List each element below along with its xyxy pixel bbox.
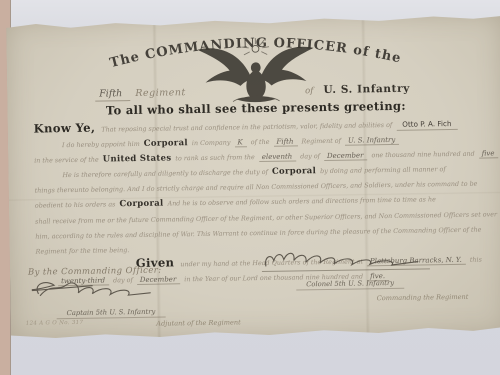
form-number: 124 A G O No. 317 — [26, 320, 84, 327]
printed-text: to rank as such from the — [175, 153, 255, 162]
colonel-rank-line: Colonel 5th U. S. Infantry — [296, 279, 404, 291]
adjutant-signature-scribble — [28, 277, 160, 301]
colonel-role-line: Commanding the Regiment — [262, 293, 482, 304]
recipient-name: Otto P. A. Fich — [396, 119, 457, 131]
blackletter-word-large: Know Ye, — [34, 121, 96, 136]
eagle-sunburst-icon — [191, 36, 320, 110]
blackletter-word: United States — [103, 154, 172, 165]
regiment-left: Fifth Regiment — [95, 80, 186, 100]
printed-text: obedient to his orders as — [35, 201, 116, 210]
printed-text: one thousand nine hundred and — [371, 150, 474, 160]
regiment-number-handwritten: Fifth — [95, 88, 130, 102]
handwritten-entry: U. S. Infantry — [345, 136, 400, 146]
printed-text: of the — [251, 138, 270, 146]
blackletter-word: Corporal — [119, 199, 163, 210]
colonel-signature-scribble — [262, 246, 430, 272]
regiment-line: Fifth Regiment of U. S. Infantry — [7, 75, 500, 101]
certificate-document: The COMMANDING OFFICER of the — [6, 13, 500, 342]
handwritten-entry: Fifth — [273, 138, 297, 147]
sun-disc — [252, 45, 259, 52]
photo-of-certificate: The COMMANDING OFFICER of the — [0, 0, 500, 375]
printed-text: day of — [300, 152, 320, 160]
signature-block-colonel: Colonel 5th U. S. Infantry Commanding th… — [262, 245, 483, 304]
printed-text: He is therefore carefully and diligently… — [62, 168, 268, 179]
handwritten-entry: K — [234, 138, 246, 147]
printed-text: in Company — [192, 139, 231, 148]
printed-text: by doing and performing all manner of — [320, 165, 446, 175]
regiment-right: of U. S. Infantry — [305, 77, 410, 98]
handwritten-entry: five — [479, 149, 499, 158]
handwritten-entry: eleventh — [259, 153, 297, 163]
branch-name: U. S. Infantry — [323, 83, 410, 96]
printed-text: Regiment of — [301, 137, 341, 146]
blackletter-word: Corporal — [272, 166, 316, 177]
by-commanding-officer-line: By the Commanding Officer: — [28, 264, 246, 277]
of-word: of — [305, 86, 313, 96]
printed-text: I do hereby appoint him — [62, 140, 140, 149]
blackletter-word: Corporal — [144, 138, 188, 149]
printed-text: Regiment for the time being. — [36, 246, 130, 255]
printed-text: in the service of the — [34, 156, 99, 165]
regiment-word: Regiment — [135, 87, 186, 99]
handwritten-entry: December — [324, 152, 368, 162]
adjutant-rank-line: Captain 5th U. S. Infantry — [57, 308, 166, 320]
